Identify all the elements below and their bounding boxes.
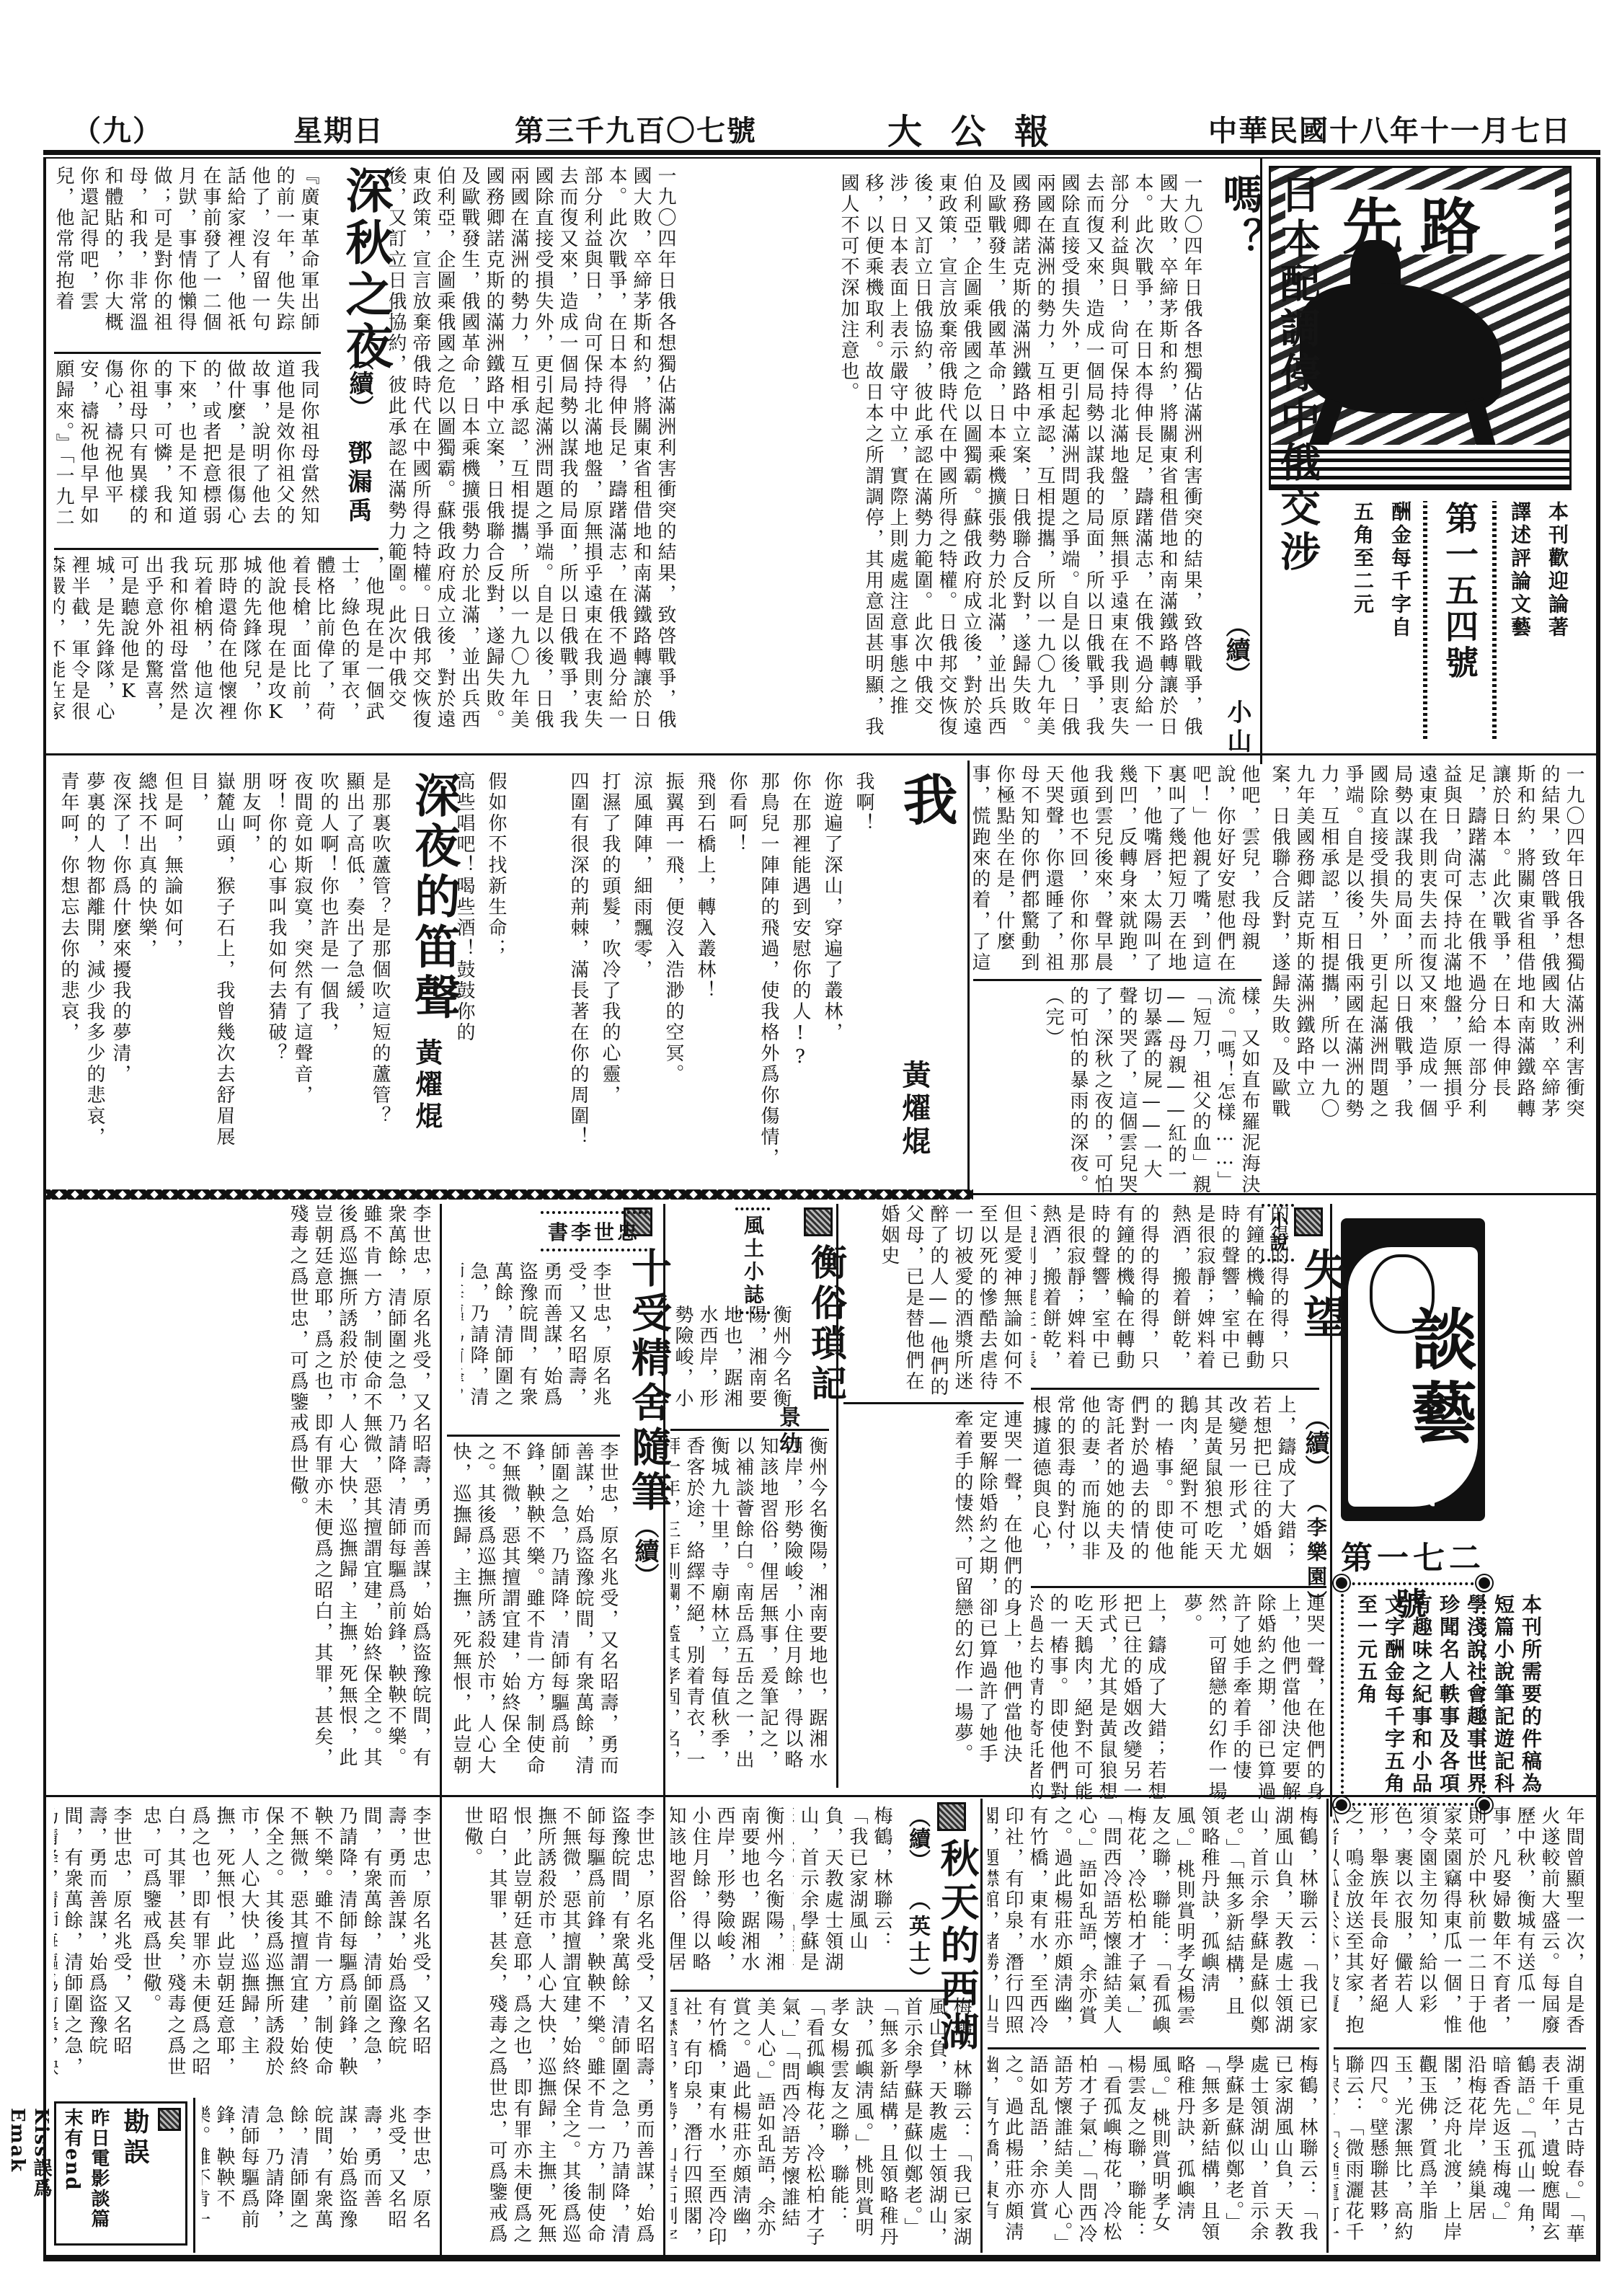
poem-line: 假如你不找新生命； xyxy=(480,771,512,1060)
poem-line: 打濕了我的頭髮，吹冷了我的心靈， xyxy=(594,771,626,1175)
story-mid-body-a: 他吧，雲兒，我母親說，你好好安慰他們在吧！」他親了嘴，到這裏叫了幾把短刀丟在地下… xyxy=(973,764,1262,973)
xianlu-issue-number: 第一五四號 xyxy=(1436,501,1484,739)
wavy-divider xyxy=(1423,501,1427,739)
story-shiwang-body-1b: 的得的得的得，只有鐘的機輪在轉動時的聲響，室中已是很寂靜；婢料着熱酒，搬着餅乾，… xyxy=(1031,1204,1161,1384)
essay-shishou-ending: 李世忠，原名兆受，又名昭壽，勇而善謀，始爲盜豫皖間，有衆萬餘，清師圍之急，乃請降… xyxy=(202,2105,433,2249)
column-rule xyxy=(1326,1799,1329,2253)
poem-line: 吹的人啊！你也許是一個我， xyxy=(315,771,341,1175)
essay-shishou-body-tail: 李世忠，原名兆受，又名昭壽，勇而善謀，始爲盜豫皖間，有衆萬餘，清師圍之急，乃請降… xyxy=(447,1806,656,2253)
article-japan-body-tail: 一九〇四年日俄各想獨佔滿洲利害衝突的結果，致啓戰爭，俄國大敗，卒締茅斯和約，將關… xyxy=(1269,764,1586,1125)
masthead-rule xyxy=(43,150,1600,155)
divider xyxy=(1031,1388,1319,1390)
poem-line: 飛到石橋上，轉入叢林！ xyxy=(689,771,721,1175)
divider xyxy=(54,352,321,354)
story-shiwang-body-1: 的得的得的得，只有鐘的機輪在轉動時的聲響，室中已是很寂靜；婢料着熱酒，搬着餅乾，… xyxy=(1168,1204,1290,1384)
story-shiwang-title: 失望 xyxy=(1290,1247,1352,1342)
essay-shishou-body: 李世忠，原名兆受，又名昭壽，勇而善謀，始爲盜豫皖間，有衆萬餘，清師圍之急，乃請降… xyxy=(461,1262,613,1427)
poem-di-body: 是那裏吹蘆管？是那個吹這短的蘆管？ 顯出了高低，奏出了急緩， 吹的人啊！你也許是… xyxy=(54,771,393,1175)
poem-line: 莫去問這次吹笛者的心懷！ xyxy=(54,771,56,1175)
wavy-divider xyxy=(1492,501,1497,739)
essay-xihu-body: 梅鶴，林聯云：「我已家湖風山負，天教處士領湖山，首示余學蘇是蘇似鄭老。」「無多新… xyxy=(793,1806,894,1979)
article-japan-continued: （續） xyxy=(1218,613,1254,686)
essay-xihu-body-2: 梅鶴，林聯云：「我已家湖風山負，天教處士領湖山，首示余學蘇是蘇似鄭老。」「無多新… xyxy=(670,1997,973,2249)
story-shiwang-body-3b: 上，鑄成了大錯；若想把已往的婚姻改變另一形式，尤其是黃鼠狼想吃天鵝肉，絕對不可能… xyxy=(1031,1593,1168,1802)
ornament-border xyxy=(43,1189,973,1200)
page-number: （九） xyxy=(72,108,163,149)
essay-shishou-body-edge: 李世忠，原名兆受，又名昭壽，勇而善謀，始爲盜豫皖間，有衆萬餘，清師圍之急，乃請降… xyxy=(54,1806,133,2094)
essay-right-bottom-body-1: 年間曾顯聖一次，自是香火遂較前大盛云。每屆廢歷中秋，衡城有送瓜一事，凡娶婦數年不… xyxy=(1334,1806,1586,2036)
poem-line: 我啊！ xyxy=(853,771,874,834)
divider xyxy=(988,2047,1319,2049)
story-shenqiu-body-2: 我同你祖母當然知道他是效你祖父的故事，說明了他去做什麼，是很傷心的，或者把意標弱… xyxy=(54,359,321,539)
footer-rule xyxy=(43,2255,1600,2261)
poem-di-title: 深夜的笛聲 xyxy=(400,771,466,1024)
poem-line: 你看呵！ xyxy=(721,771,753,1175)
story-shiwang-body-3: 連哭一聲，在他們的身上，他們當他決定要解除婚約之期，卻已算過許了她手牽着手的悽然… xyxy=(1175,1593,1326,1802)
poem-line: 夢裏的人物都離開，減少我多少的悲哀， xyxy=(81,771,107,1175)
dotted-pattern xyxy=(1355,1442,1435,1507)
poem-line: 夜深了！你爲什麼來擾我的夢清， xyxy=(107,771,133,1175)
notice-line: 本刊歡迎論著 xyxy=(1543,501,1572,739)
paper-name: 大公報 xyxy=(887,104,1078,154)
poem-line: 總找不出真的快樂， xyxy=(133,771,159,1175)
poem-line: 四圍有很深的荊棘，滿長著在你的周圍！ xyxy=(562,771,594,1175)
story-shiwang-continued: （續） xyxy=(1298,1406,1333,1479)
erratum-text-2: Kiss誤爲Emak xyxy=(6,2108,55,2239)
article-japan-title: 日本配調停中俄交涉嗎？ xyxy=(1211,173,1326,606)
essay-xihu-body-cont: 梅鶴，林聯云：「我已家湖風山負，天教處士領湖山，首示余學蘇是蘇似鄭老。」「無多新… xyxy=(988,2055,1319,2249)
corner-ornament xyxy=(1476,1575,1492,1591)
essay-hengsu-body: 衡州今名衡陽，湘南要地也，踞湘水西岸，形勢險峻，小住月餘，得以略知該地習俗，俚居… xyxy=(670,1305,793,1420)
story-shenqiu-continued: （續） xyxy=(342,346,377,420)
essay-shishou-body-left: 李世忠，原名兆受，又名昭壽，勇而善謀，始爲盜豫皖間，有衆萬餘，清師圍之急，乃請降… xyxy=(54,1204,433,1788)
tanyi-notice-text: 本刊所需要的件稿為短篇小說筆記遊記科學淺說社會趣事世界珍聞名人軼事及各項有趣味之… xyxy=(1352,1594,1544,1796)
masthead: （九） 星期日 第三千九百〇七號 大公報 中華民國十八年十一月七日 xyxy=(43,108,1600,149)
essay-xihu-body-prev: 梅鶴，林聯云：「我已家湖風山負，天教處士領湖山，首示余學蘇是蘇似鄭老。」「無多新… xyxy=(988,1806,1319,2036)
poem-line: 你在那裡能遇到安慰你的人!? xyxy=(784,771,816,1175)
poem-line: 青年呵，你想忘去你的悲哀， xyxy=(56,771,81,1175)
essay-shishou-continued: （續） xyxy=(627,1514,662,1587)
poem-line: 你遊遍了深山，穿遍了叢林， xyxy=(816,771,848,1175)
poem-line: 涼風陣陣，細雨飄零， xyxy=(626,771,657,1175)
xianlu-notice: 本刊歡迎論著 譯述評論文藝 第一五四號 酬金每千字自 五角至二元 xyxy=(1283,501,1572,739)
section-divider xyxy=(43,753,1600,755)
divider xyxy=(447,1435,620,1437)
tanyi-banner-illustration: 談藝 xyxy=(1341,1218,1485,1521)
erratum-text-1: 昨日電影談篇末有end xyxy=(59,2108,112,2239)
divider xyxy=(843,1402,1024,1404)
essay-shishou-body-tail-2: 李世忠，原名兆受，又名昭壽，勇而善謀，始爲盜豫皖間，有衆萬餘，清師圍之急，乃請降… xyxy=(137,1806,433,2094)
poem-wo-title: 我 xyxy=(887,771,965,830)
section-ornament-icon xyxy=(158,2108,181,2131)
poem-line: 顯出了高低，奏出了急緩， xyxy=(341,771,367,1175)
notice-line: 五角至二元 xyxy=(1348,501,1377,739)
poem-line: 是那裏吹蘆管？是那個吹這短的蘆管？ xyxy=(367,771,393,1175)
weekday: 星期日 xyxy=(293,108,384,149)
section-ornament-icon xyxy=(1294,1207,1323,1236)
essay-hengsu-body-tail: 衡州今名衡陽，湘南要地也，踞湘水西岸，形勢險峻，小住月餘，得以略知該地習俗，俚居… xyxy=(670,1806,786,1979)
poem-line: 振翼再一飛，便沒入浩渺的空冥。 xyxy=(657,771,689,1175)
article-japan-body-cont: 一九〇四年日俄各想獨佔滿洲利害衝突的結果，致啓戰爭，俄國大敗，卒締茅斯和約，將關… xyxy=(389,166,678,743)
essay-xihu-continued: （續） xyxy=(901,1806,933,1871)
divider xyxy=(973,979,1262,981)
poem-line: 但是呵，無論如何， xyxy=(159,771,185,1175)
essay-xihu-author: （英士） xyxy=(901,1889,933,1993)
essay-hengsu-body-cont: 衡州今名衡陽，湘南要地也，踞湘水西岸，形勢險峻，小住月餘，得以略知該地習俗，俚居… xyxy=(670,1436,829,1782)
divider xyxy=(54,548,378,550)
publication-date: 中華民國十八年十一月七日 xyxy=(1208,108,1572,149)
section-divider xyxy=(973,1193,1600,1195)
story-shenqiu-body-3: ，他現在是一個武士，綠色的軍衣，體格比前偉了，荷着長槍，面比前，他說他現在是攻K… xyxy=(54,555,386,743)
poem-wo-author: 黃燿焜 xyxy=(894,1060,935,1159)
section-divider xyxy=(43,1795,1600,1797)
erratum-box: 勘誤 昨日電影談篇末有end Kiss誤爲Emak xyxy=(54,2101,187,2246)
story-shiwang-body-5: 連哭一聲，在他們的身上，他們當他決定要解除婚約之期，卻已算過許了她手牽着手的悽然… xyxy=(843,1409,1024,1784)
article-japan-body: 一九〇四年日俄各想獨佔滿洲利害衝突的結果，致啓戰爭，俄國大敗，卒締茅斯和約，將關… xyxy=(685,173,1204,750)
section-ornament-icon xyxy=(937,1802,966,1831)
essay-shishou-title: 十受精舍隨筆 xyxy=(620,1247,678,1515)
poem-line: 那鳥兒一陣陣的飛過，使我格外爲你傷情， xyxy=(753,771,784,1175)
column-rule xyxy=(440,1204,442,2256)
essay-shishou-body-cont: 李世忠，原名兆受，又名昭壽，勇而善謀，始爲盜豫皖間，有衆萬餘，清師圍之急，乃請降… xyxy=(447,1442,620,1788)
essay-right-bottom-body-2: 湖重見古時春。」「華表千年，遺蛻應聞玄鶴語。」「孤山一角，暗香先返玉梅魂。」沿梅… xyxy=(1334,2055,1586,2249)
story-shenqiu-body-1: 『廣東革命軍出師的前一年，他失踪他了，沒有留一句話給家裡人，他祇在事前發了一二個… xyxy=(54,166,321,346)
erratum-heading: 勘誤 xyxy=(117,2108,154,2239)
hengsu-subheading: 風土小誌 xyxy=(735,1207,770,1314)
shishou-subheading: 書李世忠 xyxy=(541,1211,647,1251)
tanyi-notice-box: 本刊所需要的件稿為短篇小說筆記遊記科學淺說社會趣事世界珍聞名人軼事及各項有趣味之… xyxy=(1341,1582,1485,1806)
poem-wo-body: 我啊！ 你遊遍了深山，穿遍了叢林， 你在那裡能遇到安慰你的人!? 那鳥兒一陣陣的… xyxy=(519,771,879,1175)
newspaper-page: （九） 星期日 第三千九百〇七號 大公報 中華民國十八年十一月七日 先路 本刊歡… xyxy=(43,108,1600,2264)
article-japan-author: 小山 xyxy=(1220,699,1255,757)
story-shiwang-body-2: 上，鑄成了大錯；若想把已往的婚姻改變另一形式，尤其是黃鼠狼想吃天鵝肉，絕對不可能… xyxy=(1031,1395,1298,1582)
divider xyxy=(1334,2047,1586,2049)
poem-di-author: 黃燿焜 xyxy=(407,1038,447,1133)
poem-line: 夜間竟如斯寂寞，突然有了這聲音， xyxy=(289,771,315,1175)
notice-line: 譯述評論文藝 xyxy=(1505,501,1534,739)
column-rule xyxy=(967,761,970,1193)
story-shenqiu-author: 鄧漏禹 xyxy=(340,440,376,526)
essay-hengsu-title: 衡俗瑣記 xyxy=(800,1244,852,1405)
divider xyxy=(670,1429,829,1431)
corner-ornament xyxy=(1334,1575,1350,1591)
tanyi-title: 談藝 xyxy=(1391,1305,1485,1452)
issue-number: 第三千九百〇七號 xyxy=(515,108,757,149)
divider xyxy=(670,1990,973,1992)
poem-line: 朋友呵， xyxy=(237,771,263,1175)
notice-line: 酬金每千字自 xyxy=(1386,501,1414,739)
poem-line: 呀！你的心事叫我如何去猜破？ xyxy=(263,771,289,1175)
column-rule xyxy=(193,2098,195,2253)
divider xyxy=(1031,1586,1326,1588)
section-ornament-icon xyxy=(804,1207,833,1236)
story-shiwang-body-4: 但是愛神無論如何不至以死的慘酷去虐待一切被愛的酒漿所迷醉了的人——他們的父母，已… xyxy=(843,1204,1024,1399)
story-mid-body-b: 樣，又如直布羅泥海決流。「嗎！怎樣……」「短刀，祖父的血」親——母親——紅的一切… xyxy=(973,986,1262,1195)
poem-line: 嶽麓山頭，猴子石上，我曾幾次去舒眉展目， xyxy=(185,771,237,1175)
